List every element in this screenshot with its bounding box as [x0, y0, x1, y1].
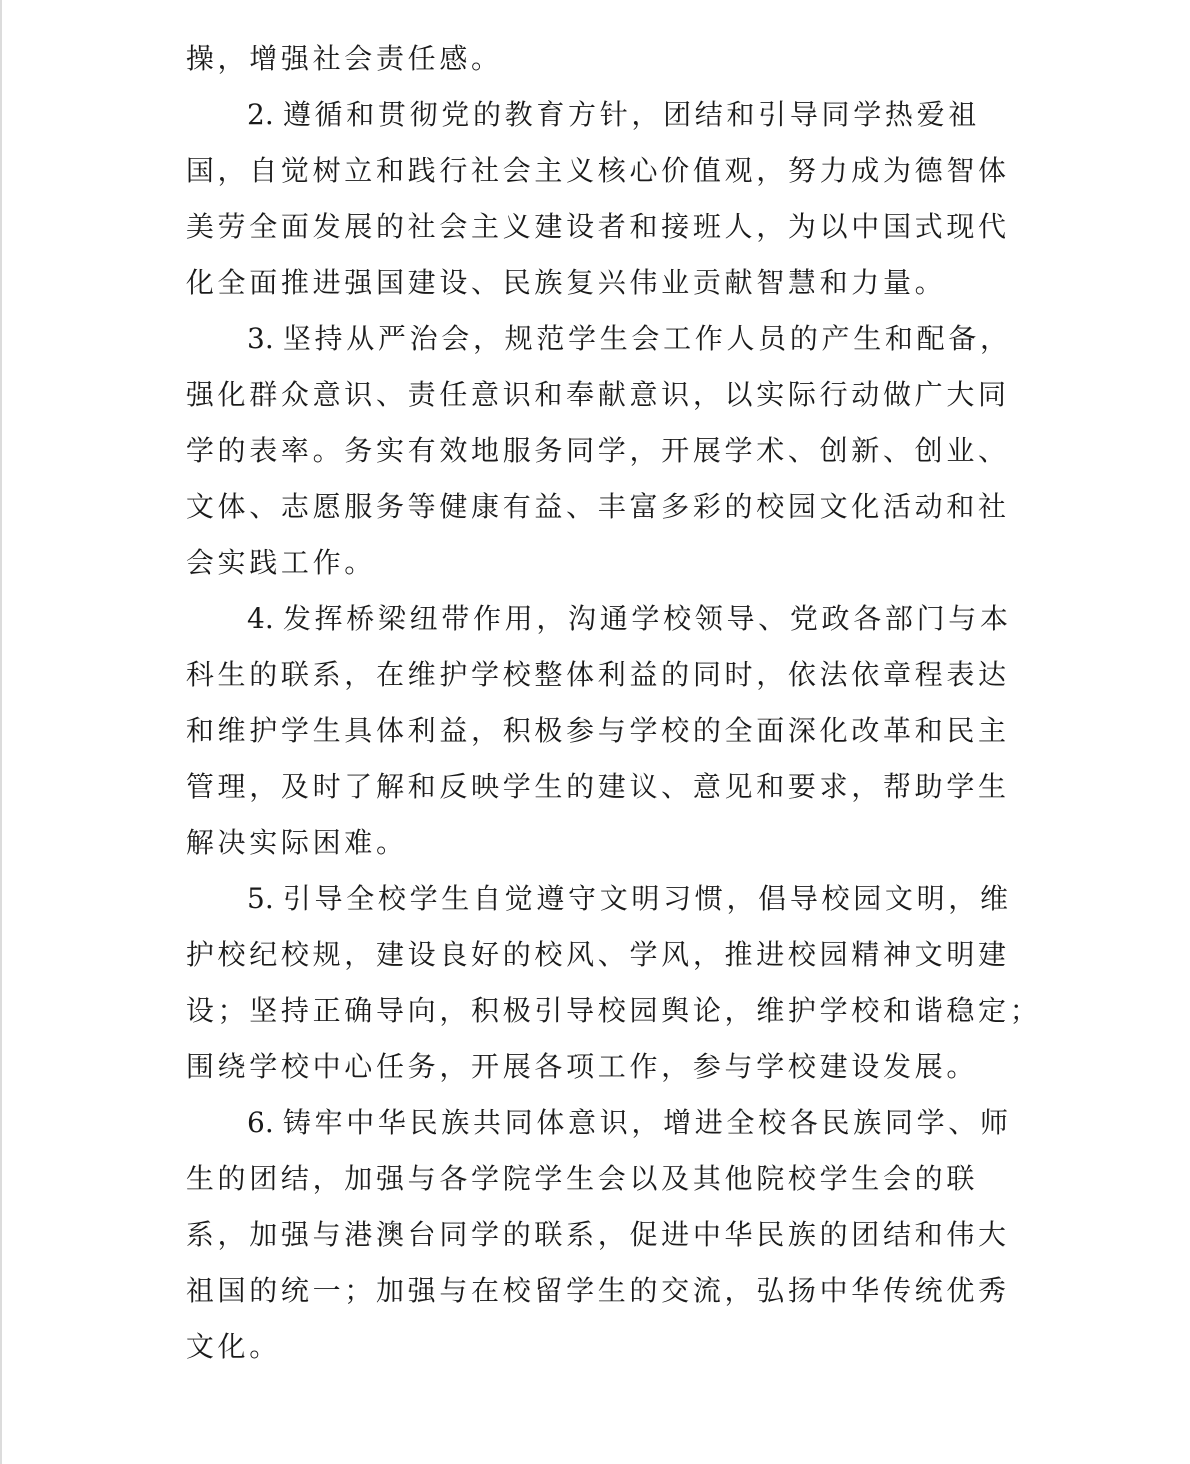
paragraph-first-line: 3.坚持从严治会，规范学生会工作人员的产生和配备， [247, 311, 1010, 367]
text-line: 操，增强社会责任感。 [184, 31, 501, 87]
text-line: 设；坚持正确导向，积极引导校园舆论，维护学校和谐稳定； [184, 983, 1040, 1039]
text-line: 化全面推进强国建设、民族复兴伟业贡献智慧和力量。 [184, 255, 945, 311]
text-line: 文化。 [184, 1319, 279, 1375]
document-body: 操，增强社会责任感。 2.遵循和贯彻党的教育方针，团结和引导同学热爱祖 国，自觉… [184, 0, 1014, 1464]
paragraph-first-line: 5.引导全校学生自觉遵守文明习惯，倡导校园文明，维 [247, 871, 1010, 927]
text-line: 文体、志愿服务等健康有益、丰富多彩的校园文化活动和社 [184, 479, 1008, 535]
paragraph-first-line: 2.遵循和贯彻党的教育方针，团结和引导同学热爱祖 [247, 87, 978, 143]
text-line: 生的团结，加强与各学院学生会以及其他院校学生会的联 [184, 1151, 976, 1207]
text-line: 护校纪校规，建设良好的校风、学风，推进校园精神文明建 [184, 927, 1008, 983]
paragraph-first-line: 4.发挥桥梁纽带作用，沟通学校领导、党政各部门与本 [247, 591, 1010, 647]
text-line: 科生的联系，在维护学校整体利益的同时，依法依章程表达 [184, 647, 1008, 703]
paragraph-first-line: 6.铸牢中华民族共同体意识，增进全校各民族同学、师 [247, 1095, 1010, 1151]
text-line: 和维护学生具体利益，积极参与学校的全面深化改革和民主 [184, 703, 1008, 759]
page-left-border [0, 0, 2, 1464]
text-line: 国，自觉树立和践行社会主义核心价值观，努力成为德智体 [184, 143, 1008, 199]
text-line: 解决实际困难。 [184, 815, 406, 871]
text-line: 管理，及时了解和反映学生的建议、意见和要求，帮助学生 [184, 759, 1008, 815]
text-line: 会实践工作。 [184, 535, 374, 591]
text-line: 美劳全面发展的社会主义建设者和接班人，为以中国式现代 [184, 199, 1008, 255]
text-line: 强化群众意识、责任意识和奉献意识，以实际行动做广大同 [184, 367, 1008, 423]
text-line: 祖国的统一；加强与在校留学生的交流，弘扬中华传统优秀 [184, 1263, 1008, 1319]
text-line: 学的表率。务实有效地服务同学，开展学术、创新、创业、 [184, 423, 1008, 479]
text-line: 围绕学校中心任务，开展各项工作，参与学校建设发展。 [184, 1039, 976, 1095]
text-line: 系，加强与港澳台同学的联系，促进中华民族的团结和伟大 [184, 1207, 1008, 1263]
